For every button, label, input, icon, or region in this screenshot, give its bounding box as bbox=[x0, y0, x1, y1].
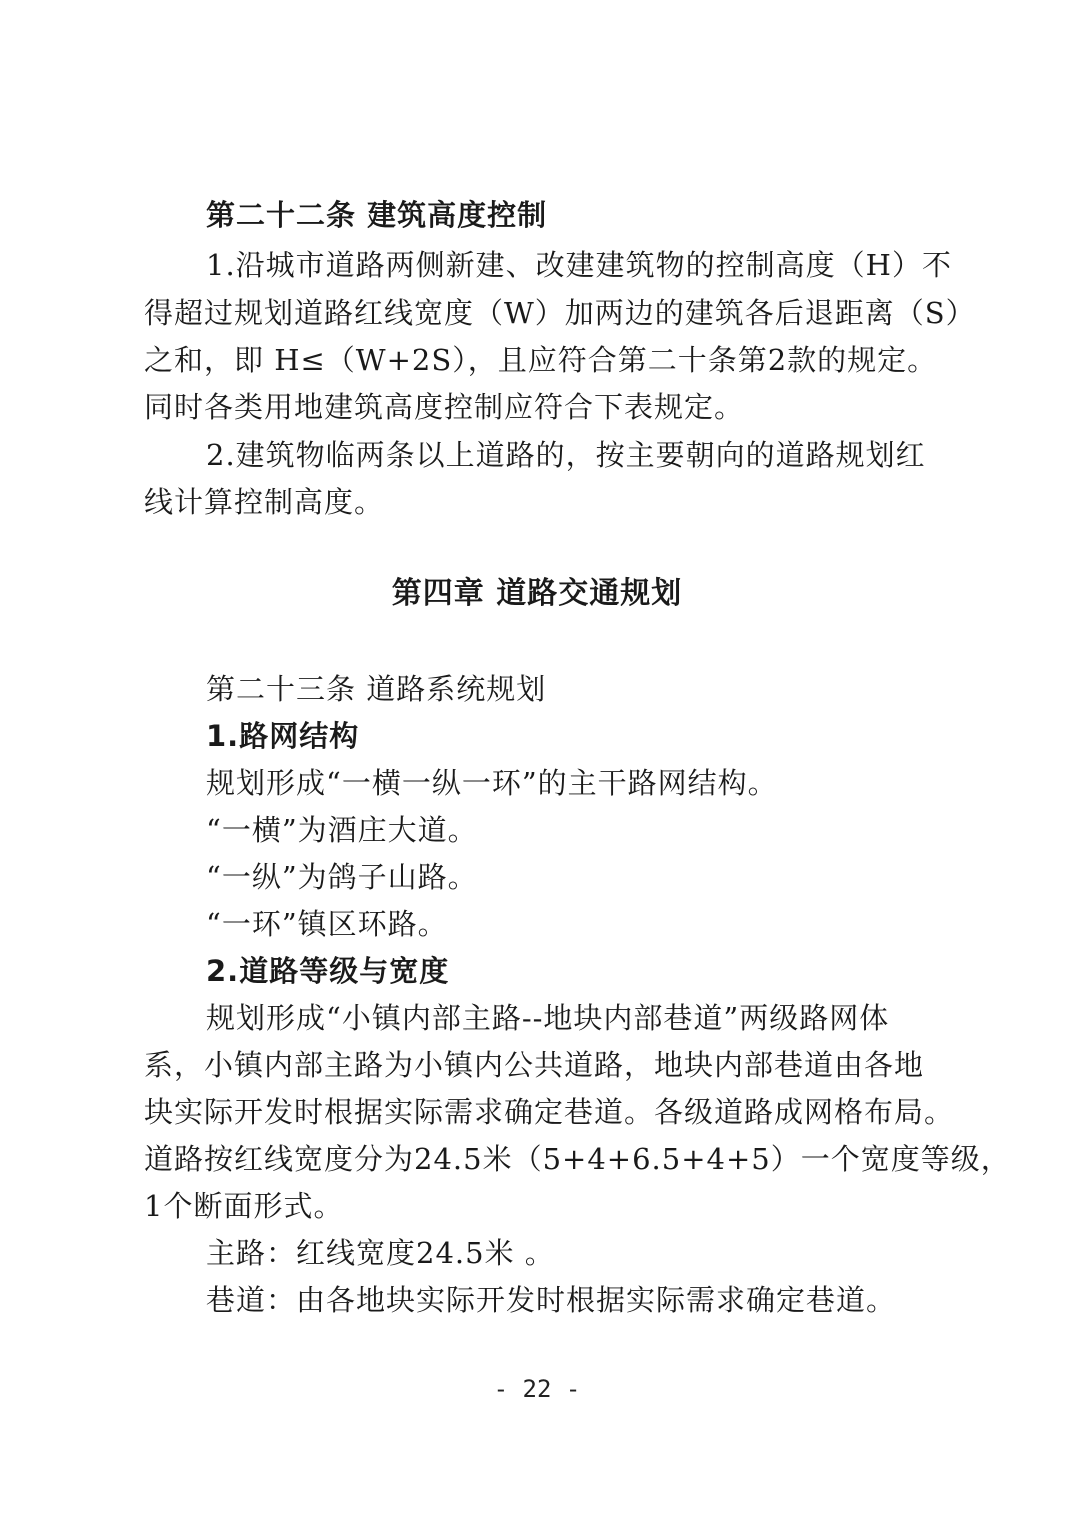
text-line: 规划形成“小镇内部主路--地块内部巷道”两级路网体 bbox=[206, 1001, 889, 1035]
text-line: 2.建筑物临两条以上道路的，按主要朝向的道路规划红 bbox=[206, 438, 926, 472]
text-line: 系，小镇内部主路为小镇内公共道路，地块内部巷道由各地 bbox=[144, 1048, 924, 1082]
text-line: “一横”为酒庄大道。 bbox=[206, 813, 478, 847]
text-line: “一环”镇区环路。 bbox=[206, 907, 448, 941]
text-line: 同时各类用地建筑高度控制应符合下表规定。 bbox=[144, 390, 744, 424]
text-line: 线计算控制高度。 bbox=[144, 485, 384, 519]
article-22-title: 第二十二条 建筑高度控制 bbox=[206, 198, 547, 232]
page-number: - 22 - bbox=[0, 1375, 1074, 1403]
text-line: 1.沿城市道路两侧新建、改建建筑物的控制高度（H）不 bbox=[206, 248, 952, 282]
text-line: 得超过规划道路红线宽度（W）加两边的建筑各后退距离（S） bbox=[144, 296, 940, 330]
chapter-title: 第四章 道路交通规划 bbox=[0, 576, 1074, 612]
main-road-spec: 主路：红线宽度24.5米 。 bbox=[206, 1236, 555, 1270]
text-line: 之和，即 H≤（W+2S），且应符合第二十条第2款的规定。 bbox=[144, 343, 937, 377]
text-line: 道路按红线宽度分为24.5米（5+4+6.5+4+5）一个宽度等级， bbox=[144, 1142, 1011, 1176]
article-23-title: 第二十三条 道路系统规划 bbox=[206, 672, 546, 706]
alley-spec: 巷道：由各地块实际开发时根据实际需求确定巷道。 bbox=[206, 1283, 896, 1317]
section-1-title: 1.路网结构 bbox=[206, 719, 359, 753]
text-line: “一纵”为鸽子山路。 bbox=[206, 860, 478, 894]
text-line: 1个断面形式。 bbox=[144, 1189, 343, 1223]
section-2-title: 2.道路等级与宽度 bbox=[206, 954, 449, 988]
text-line: 规划形成“一横一纵一环”的主干路网结构。 bbox=[206, 766, 778, 800]
text-line: 块实际开发时根据实际需求确定巷道。各级道路成网格布局。 bbox=[144, 1095, 954, 1129]
